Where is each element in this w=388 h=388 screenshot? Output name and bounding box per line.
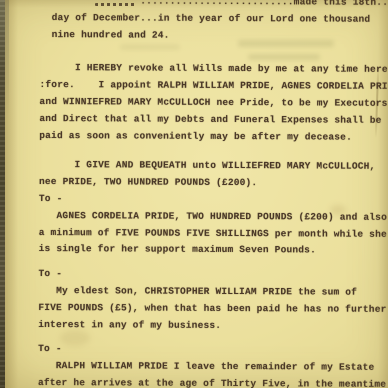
text-line: To - [38, 341, 382, 360]
text-line: and Direct that all my Debts and Funeral… [39, 111, 383, 130]
text-line: AGNES CORDELIA PRIDE, TWO HUNDRED POUNDS… [39, 208, 383, 227]
text-line: day of December...in the year of our Lor… [40, 10, 384, 29]
text-line: :fore. I appoint RALPH WILLIAM PRIDE, AG… [39, 77, 383, 96]
left-page-shadow [5, 0, 18, 388]
text-line: interest in any of my business. [38, 317, 382, 336]
text-line: RALPH WILLIAM PRIDE I leave the remainde… [38, 358, 382, 377]
text-line: nee PRIDE, TWO HUNDRED POUNDS (£200). [39, 174, 383, 193]
text-line: My eldest Son, CHRISTOPHER WILLIAM PRIDE… [38, 283, 382, 302]
paragraph: To - RALPH WILLIAM PRIDE I leave the rem… [38, 341, 382, 388]
will-document-page: ..........................made this 18th… [0, 0, 388, 388]
paragraph: ..........................made this 18th… [40, 0, 384, 45]
binding-texture [0, 0, 5, 388]
text-line: I GIVE AND BEQUEATH unto WILLIEFRED MARY… [39, 157, 383, 176]
text-line: paid as soon as conveniently may be afte… [39, 128, 383, 147]
text-line: is single for her support maximum Seven … [39, 241, 383, 260]
text-line: and WINNIEFRED MARY McCULLOCH nee Pride,… [39, 94, 383, 113]
text-line: I HEREBY revoke all Wills made by me at … [40, 60, 384, 79]
text-line: nine hundred and 24. [40, 27, 384, 46]
text-line: To - [38, 266, 382, 285]
paragraph: I GIVE AND BEQUEATH unto WILLIEFRED MARY… [39, 157, 384, 260]
text-line: To - [39, 191, 383, 210]
text-line: after he arrives at the age of Thirty Fi… [38, 375, 382, 388]
text-line: FIVE POUNDS (£5), when that has been pai… [38, 300, 382, 319]
paragraph: To - My eldest Son, CHRISTOPHER WILLIAM … [38, 266, 382, 335]
typewritten-text: ..........................made this 18th… [38, 0, 384, 388]
underlined-phrase: Thirty Five [221, 378, 286, 388]
paragraph: I HEREBY revoke all Wills made by me at … [39, 60, 383, 146]
text-line: a minimum of FIVE POUNDS FIVE SHILLINGS … [39, 225, 383, 244]
